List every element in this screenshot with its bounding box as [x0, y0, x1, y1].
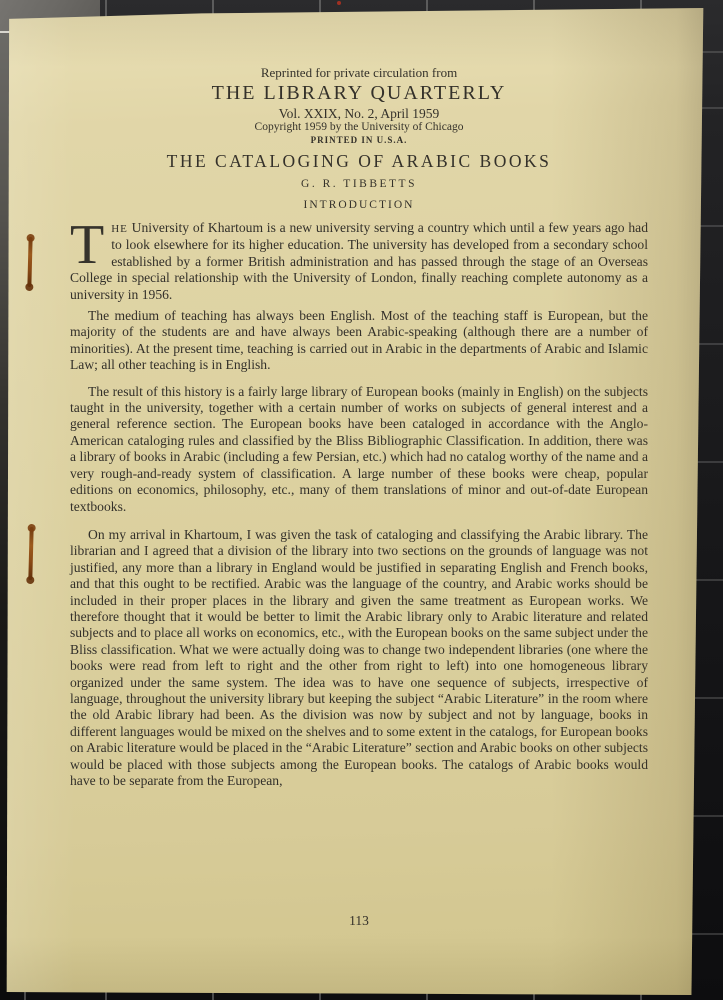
page-content: Reprinted for private circulation from T…	[70, 8, 648, 789]
printed-line: PRINTED IN U.S.A.	[70, 135, 648, 145]
page-number: 113	[70, 913, 648, 929]
paragraph-3: The result of this history is a fairly l…	[70, 384, 648, 515]
paragraph-1: T HE University of Khartoum is a new uni…	[70, 220, 648, 303]
journal-title: THE LIBRARY QUARTERLY	[70, 82, 648, 104]
drop-cap: T	[70, 220, 111, 268]
red-speck	[337, 1, 341, 5]
section-heading: INTRODUCTION	[70, 199, 648, 212]
lead-small-caps: HE	[111, 223, 128, 235]
issue-line: Vol. XXIX, No. 2, April 1959	[70, 106, 648, 121]
paragraph-2: The medium of teaching has always been E…	[70, 308, 648, 374]
article-author: G. R. TIBBETTS	[70, 178, 648, 191]
article-title: THE CATALOGING OF ARABIC BOOKS	[70, 151, 648, 171]
paragraph-4: On my arrival in Khartoum, I was given t…	[70, 527, 648, 790]
paragraph-1-text: University of Khartoum is a new universi…	[70, 220, 648, 302]
copyright-line: Copyright 1959 by the University of Chic…	[70, 121, 648, 134]
reprint-line: Reprinted for private circulation from	[70, 66, 648, 80]
scanned-page: Reprinted for private circulation from T…	[6, 8, 704, 996]
